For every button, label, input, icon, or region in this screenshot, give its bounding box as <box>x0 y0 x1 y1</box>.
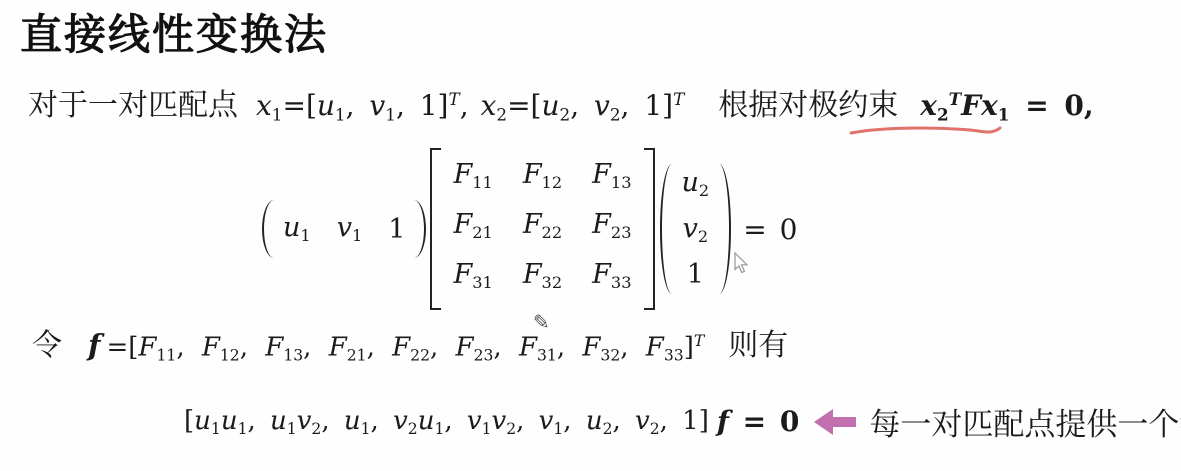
red-underline-annotation <box>848 122 1006 140</box>
right-square-bracket <box>644 148 655 311</box>
matrix-cell-F13: F13 <box>592 156 631 202</box>
right-paren <box>414 200 426 258</box>
f-symbol: f <box>88 328 100 362</box>
row-vector-v1: v1 <box>337 212 363 245</box>
constraint-note: 每一对匹配点提供一个约束 <box>869 399 1181 444</box>
pencil-icon: ✎ <box>533 310 550 334</box>
fundamental-matrix: F11 F12 F13 F21 F22 F23 F31 F32 F33 <box>430 148 654 311</box>
matrix-cell-F11: F11 <box>453 156 492 202</box>
slide: 直接线性变换法 对于一对匹配点 x1=[u1, v1, 1]T, x2=[u2,… <box>0 0 1181 471</box>
page-title: 直接线性变换法 <box>20 2 328 62</box>
red-underline-stroke <box>851 128 1000 133</box>
column-vector: u2 v2 1 <box>660 164 732 294</box>
pink-left-arrow-shape <box>814 409 856 435</box>
f-equals-zero: f = 0 <box>717 405 800 438</box>
let-label: 令 <box>32 320 62 364</box>
intro-text-prefix: 对于一对匹配点 <box>28 80 238 124</box>
f-definition-line: 令 f =[F11, F12, F13, F21, F22, F23, F31,… <box>32 320 788 364</box>
f-vector-expression: =[F11, F12, F13, F21, F22, F23, F31, F32… <box>106 332 704 364</box>
matrix-cell-F22: F22 <box>523 206 562 252</box>
mouse-cursor-icon <box>733 252 751 276</box>
constraint-row-line: [u1u1, u1v2, u1, v2u1, v1v2, v1, u2, v2,… <box>184 399 1181 444</box>
left-square-bracket <box>430 148 441 311</box>
mouse-cursor-shape <box>735 253 747 273</box>
matrix-equation: u1 v1 1 F11 F12 F13 F21 F22 F23 F31 F32 … <box>262 163 797 295</box>
row-vector: u1 v1 1 <box>262 200 426 258</box>
col-vector-one: 1 <box>687 256 704 294</box>
then-label: 则有 <box>728 320 788 364</box>
col-vector-u2: u2 <box>682 164 710 210</box>
pink-left-arrow-icon <box>813 407 857 437</box>
intro-line: 对于一对匹配点 x1=[u1, v1, 1]T, x2=[u2, v2, 1]T… <box>28 80 1094 124</box>
point-x2-expression: x2=[u2, v2, 1]T <box>481 89 685 124</box>
left-paren <box>660 164 672 294</box>
matrix-cell-F12: F12 <box>523 156 562 202</box>
intro-text-mid: 根据对极约束 <box>718 80 898 124</box>
point-x1-expression: x1=[u1, v1, 1]T, <box>256 89 469 124</box>
matrix-cell-F33: F33 <box>592 256 631 302</box>
col-vector-v2: v2 <box>683 210 709 256</box>
matrix-cell-F31: F31 <box>453 256 492 302</box>
right-paren <box>719 164 731 294</box>
epipolar-constraint-expression: x2TFx1 = 0, <box>920 89 1093 124</box>
left-paren <box>262 200 274 258</box>
coefficient-vector: [u1u1, u1v2, u1, v2u1, v1v2, v1, u2, v2,… <box>184 406 709 438</box>
equals-zero: = 0 <box>743 213 797 246</box>
row-vector-u1: u1 <box>283 212 311 245</box>
matrix-cell-F21: F21 <box>453 206 492 252</box>
matrix-cell-F32: F32 <box>523 256 562 302</box>
row-vector-one: 1 <box>388 214 405 245</box>
matrix-cell-F23: F23 <box>592 206 631 252</box>
